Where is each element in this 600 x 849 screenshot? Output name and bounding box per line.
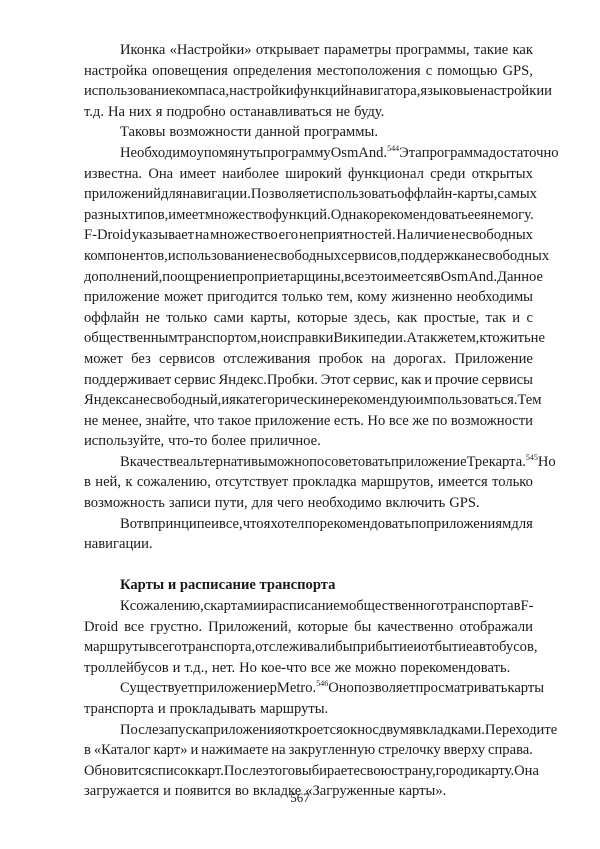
section-gap [84, 555, 533, 576]
text-line: т.д.Нанихяподробноостанавливатьсянебуду. [84, 102, 533, 123]
footnote-marker: 546 [316, 679, 328, 688]
text-line: неменее,знайте,чтотакоеприложениеесть.Но… [84, 411, 533, 432]
section-heading: Карты и расписание транспорта [84, 575, 533, 596]
text-line: Яндексанесвободный,иякатегорическинереко… [84, 390, 533, 411]
paragraph: Иконка«Настройки»открываетпараметрыпрогр… [84, 40, 533, 122]
text-line: навигации. [84, 534, 533, 555]
text-line: оффлайннетолькосамикарты,которыездесь,ка… [84, 308, 533, 329]
footnote-marker: 544 [387, 144, 399, 153]
text-line: Droidвсегрустно.Приложений,которыебыкаче… [84, 617, 533, 638]
text-line: маршрутывсеготранспорта,отслеживалибыпри… [84, 637, 533, 658]
text-line: приложениеможетпригодитсятолькотем,комуж… [84, 287, 533, 308]
text-line: компонентов,использованиенесвободныхсерв… [84, 246, 533, 267]
text-line: настройкаоповещенияопределенияместополож… [84, 61, 533, 82]
text-line: можетбезсервисовотслеживанияпробокнадоро… [84, 349, 533, 370]
paragraph: Ксожалению,скартамиирасписаниемобществен… [84, 596, 533, 678]
paragraph: СуществуетприложениеpMetro.546Онопозволя… [84, 678, 533, 719]
text-line: транспортаипрокладыватьмаршруты. [84, 699, 533, 720]
footnote-marker: 545 [526, 453, 538, 462]
paragraph: НеобходимоупомянутьпрограммуOsmAnd.544Эт… [84, 143, 533, 452]
text-line: Послезапускаприложенияоткроетсяокносдвум… [84, 720, 533, 741]
page-number: 567 [0, 790, 600, 806]
text-line: приложенийдлянавигации.Позволяетиспользо… [84, 184, 533, 205]
paragraph: Таковывозможностиданнойпрограммы. [84, 122, 533, 143]
text-line: возможностьзаписипути,длячегонеобходимов… [84, 493, 533, 514]
text-line: разныхтипов,имеетмножествофункций.Однако… [84, 205, 533, 226]
text-line: Таковывозможностиданнойпрограммы. [84, 122, 533, 143]
text-line: Иконка«Настройки»открываетпараметрыпрогр… [84, 40, 533, 61]
paragraph: Вотвпринципеивсе,чтояхотелпорекомендоват… [84, 514, 533, 555]
text-line: используйте,что-тоболееприличное. [84, 431, 533, 452]
text-line: поддерживаетсервисЯндекс.Пробки.Этотсерв… [84, 370, 533, 391]
document-page: Иконка«Настройки»открываетпараметрыпрогр… [84, 40, 533, 802]
text-line: троллейбусовит.д.,нет.Нокое-чтовсежеможн… [84, 658, 533, 679]
text-line: F-Droidуказываетнамножествоегонеприятнос… [84, 225, 533, 246]
text-line: в«Каталогкарт»инажимаетеназакругленнуюст… [84, 740, 533, 761]
text-line: использованиекомпаса,настройкифункцийнав… [84, 81, 533, 102]
text-line: Вотвпринципеивсе,чтояхотелпорекомендоват… [84, 514, 533, 535]
text-line: Вкачествеальтернативыможнопосоветоватьпр… [84, 452, 533, 473]
text-line: НеобходимоупомянутьпрограммуOsmAnd.544Эт… [84, 143, 533, 164]
paragraph: Вкачествеальтернативыможнопосоветоватьпр… [84, 452, 533, 514]
text-line: вней,ксожалению,отсутствуетпрокладкамарш… [84, 472, 533, 493]
text-line: Ксожалению,скартамиирасписаниемобществен… [84, 596, 533, 617]
text-line: Обновитсясписоккарт.Послеэтоговыбираетес… [84, 761, 533, 782]
text-line: общественнымтранспортом,ноисправкиВикипе… [84, 328, 533, 349]
text-line: СуществуетприложениеpMetro.546Онопозволя… [84, 678, 533, 699]
text-line: дополнений,поощрениепроприетарщины,всеэт… [84, 267, 533, 288]
text-line: известна.Онаимеетнаиболееширокийфункцион… [84, 164, 533, 185]
